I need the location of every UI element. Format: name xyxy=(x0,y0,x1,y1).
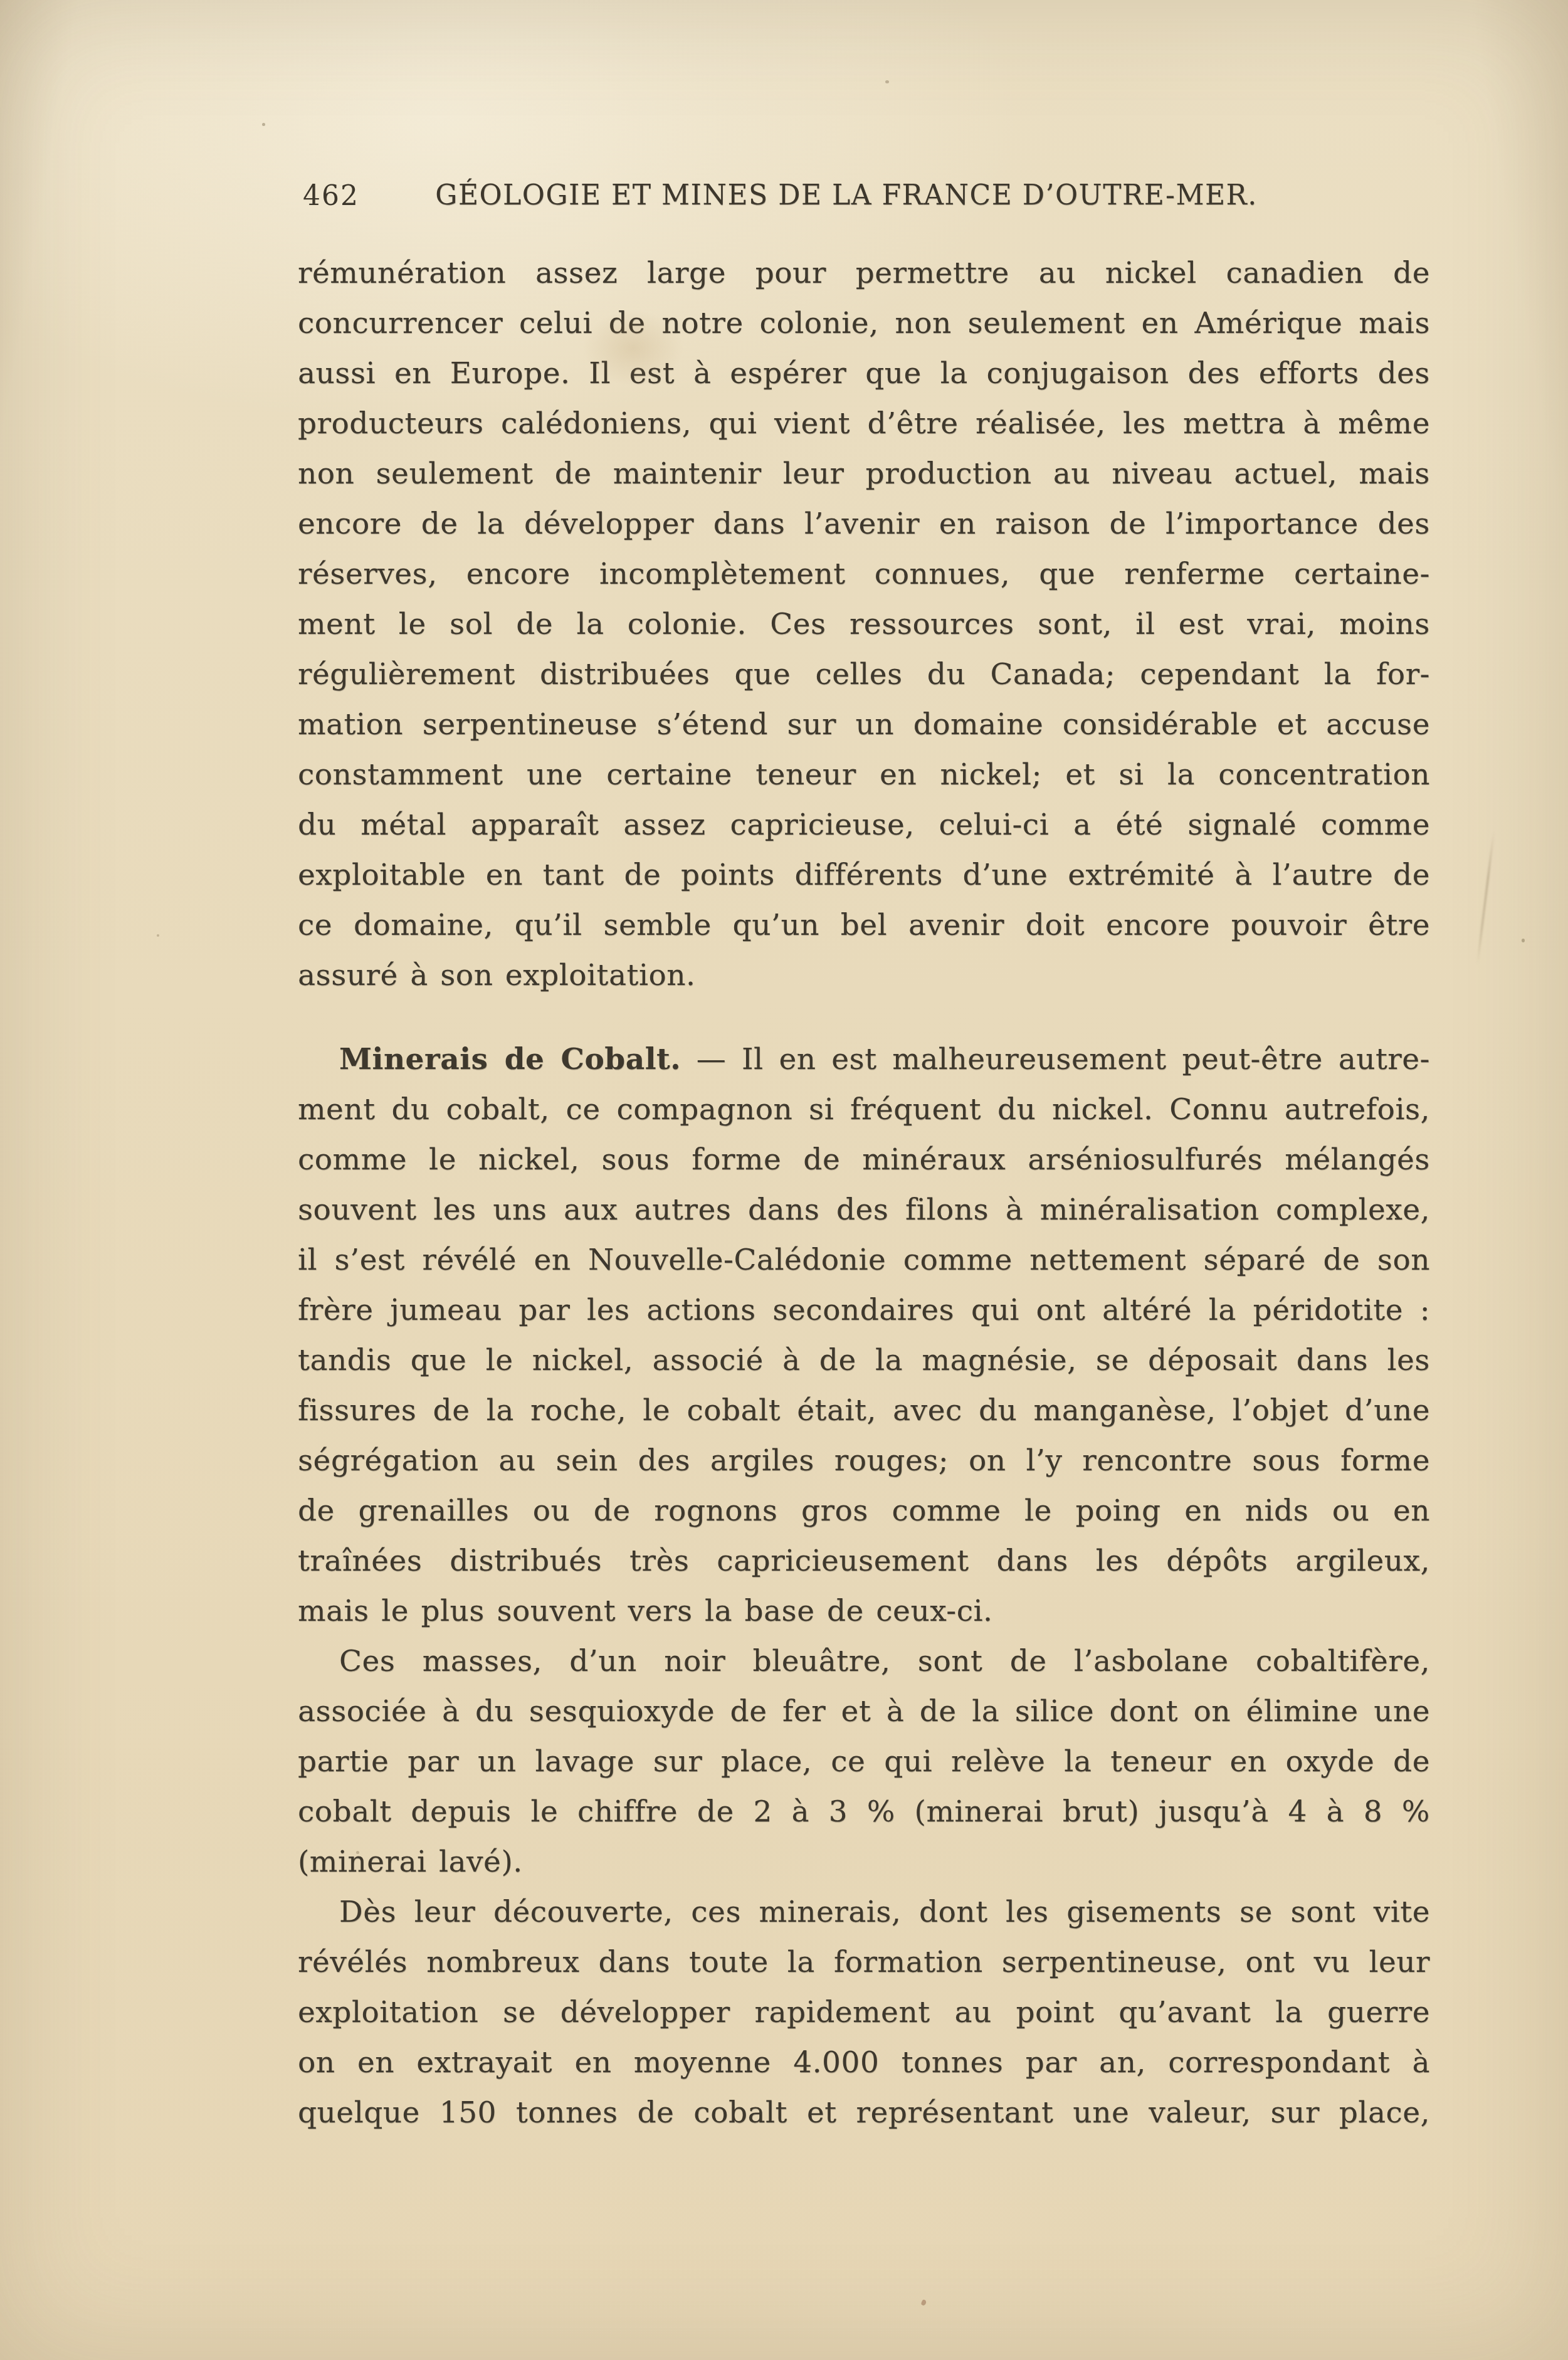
text-segment: révélés nombreux dans toute la formation… xyxy=(298,1945,1430,1979)
text-segment: — Il en est malheureusement peut-être au… xyxy=(681,1042,1430,1077)
text-segment: comme le nickel, sous forme de minéraux … xyxy=(298,1142,1430,1177)
section-lead-bold: Minerais de Cobalt. xyxy=(339,1042,681,1077)
paper-crease xyxy=(1476,831,1495,966)
text-segment: ségrégation au sein des argiles rouges; … xyxy=(298,1443,1430,1478)
text-segment: non seulement de maintenir leur producti… xyxy=(298,456,1430,491)
text-line: associée à du sesquioxyde de fer et à de… xyxy=(298,1687,1430,1737)
text-segment: Ces masses, d’un noir bleuâtre, sont de … xyxy=(339,1644,1430,1678)
text-line: non seulement de maintenir leur producti… xyxy=(298,449,1430,499)
text-line: cobalt depuis le chiffre de 2 à 3 % (min… xyxy=(298,1787,1430,1837)
text-line: tandis que le nickel, associé à de la ma… xyxy=(298,1335,1430,1386)
text-line: aussi en Europe. Il est à espérer que la… xyxy=(298,349,1430,399)
text-line: mais le plus souvent vers la base de ceu… xyxy=(298,1586,1430,1636)
text-segment: régulièrement distribuées que celles du … xyxy=(298,657,1430,692)
text-line: ségrégation au sein des argiles rouges; … xyxy=(298,1436,1430,1486)
text-segment: ment du cobalt, ce compagnon si fréquent… xyxy=(298,1092,1430,1127)
text-line: rémunération assez large pour permettre … xyxy=(298,248,1430,298)
text-segment: du métal apparaît assez capricieuse, cel… xyxy=(298,808,1430,842)
scanned-page: 462 GÉOLOGIE ET MINES DE LA FRANCE D’OUT… xyxy=(0,0,1568,2360)
text-segment: Dès leur découverte, ces minerais, dont … xyxy=(339,1895,1430,1929)
text-line: souvent les uns aux autres dans des filo… xyxy=(298,1185,1430,1235)
text-line: partie par un lavage sur place, ce qui r… xyxy=(298,1737,1430,1787)
text-line: frère jumeau par les actions secondaires… xyxy=(298,1285,1430,1335)
text-segment: aussi en Europe. Il est à espérer que la… xyxy=(298,356,1430,391)
text-segment: réserves, encore incomplètement connues,… xyxy=(298,557,1430,591)
text-segment: exploitation se développer rapidement au… xyxy=(298,1995,1430,2030)
text-line: Dès leur découverte, ces minerais, dont … xyxy=(298,1887,1430,1937)
text-segment: exploitable en tant de points différents… xyxy=(298,858,1430,892)
text-line: du métal apparaît assez capricieuse, cel… xyxy=(298,800,1430,850)
text-line: assuré à son exploitation. xyxy=(298,951,1430,1001)
text-line: ment du cobalt, ce compagnon si fréquent… xyxy=(298,1085,1430,1135)
text-segment: producteurs calédoniens, qui vient d’êtr… xyxy=(298,406,1430,441)
text-line: ment le sol de la colonie. Ces ressource… xyxy=(298,599,1430,650)
text-line: mation serpentineuse s’étend sur un doma… xyxy=(298,700,1430,750)
text-line: ce domaine, qu’il semble qu’un bel aveni… xyxy=(298,900,1430,951)
text-line: (minerai lavé). xyxy=(298,1837,1430,1887)
text-segment: associée à du sesquioxyde de fer et à de… xyxy=(298,1694,1430,1729)
text-line: quelque 150 tonnes de cobalt et représen… xyxy=(298,2088,1430,2138)
paper-speck xyxy=(262,123,265,126)
text-line: concurrencer celui de notre colonie, non… xyxy=(298,298,1430,349)
text-line: il s’est révélé en Nouvelle-Calédonie co… xyxy=(298,1235,1430,1285)
text-line: constamment une certaine teneur en nicke… xyxy=(298,750,1430,800)
text-segment: frère jumeau par les actions secondaires… xyxy=(298,1293,1430,1327)
text-line: on en extrayait en moyenne 4.000 tonnes … xyxy=(298,2038,1430,2088)
text-segment: encore de la développer dans l’avenir en… xyxy=(298,507,1430,541)
text-segment: ce domaine, qu’il semble qu’un bel aveni… xyxy=(298,908,1430,942)
running-title: GÉOLOGIE ET MINES DE LA FRANCE D’OUTRE-M… xyxy=(280,179,1413,211)
text-line: réserves, encore incomplètement connues,… xyxy=(298,549,1430,599)
paper-speck xyxy=(920,2299,927,2306)
text-line: régulièrement distribuées que celles du … xyxy=(298,650,1430,700)
text-segment: mais le plus souvent vers la base de ceu… xyxy=(298,1594,993,1628)
page-header: 462 GÉOLOGIE ET MINES DE LA FRANCE D’OUT… xyxy=(298,179,1430,213)
text-line: encore de la développer dans l’avenir en… xyxy=(298,499,1430,549)
text-line: exploitable en tant de points différents… xyxy=(298,850,1430,900)
text-line: de grenailles ou de rognons gros comme l… xyxy=(298,1486,1430,1536)
text-segment: souvent les uns aux autres dans des filo… xyxy=(298,1193,1430,1227)
text-segment: on en extrayait en moyenne 4.000 tonnes … xyxy=(298,2045,1430,2080)
text-line: révélés nombreux dans toute la formation… xyxy=(298,1937,1430,1988)
text-line: comme le nickel, sous forme de minéraux … xyxy=(298,1135,1430,1185)
text-segment: assuré à son exploitation. xyxy=(298,958,695,993)
text-segment: traînées distribués très capricieusement… xyxy=(298,1544,1430,1578)
text-block: rémunération assez large pour permettre … xyxy=(298,248,1430,2138)
text-line: Minerais de Cobalt. — Il en est malheure… xyxy=(298,1035,1430,1085)
text-segment: ment le sol de la colonie. Ces ressource… xyxy=(298,607,1430,641)
text-segment: concurrencer celui de notre colonie, non… xyxy=(298,306,1430,340)
text-segment: (minerai lavé). xyxy=(298,1845,523,1879)
text-line: fissures de la roche, le cobalt était, a… xyxy=(298,1386,1430,1436)
text-segment: il s’est révélé en Nouvelle-Calédonie co… xyxy=(298,1243,1430,1277)
text-segment: mation serpentineuse s’étend sur un doma… xyxy=(298,707,1430,742)
paper-speck xyxy=(1522,939,1525,942)
text-segment: quelque 150 tonnes de cobalt et représen… xyxy=(298,2095,1430,2130)
text-line: producteurs calédoniens, qui vient d’êtr… xyxy=(298,399,1430,449)
text-segment: rémunération assez large pour permettre … xyxy=(298,256,1430,290)
text-segment: partie par un lavage sur place, ce qui r… xyxy=(298,1744,1430,1779)
paper-speck xyxy=(157,934,159,937)
text-segment: cobalt depuis le chiffre de 2 à 3 % (min… xyxy=(298,1794,1430,1829)
text-line: traînées distribués très capricieusement… xyxy=(298,1536,1430,1586)
paper-speck xyxy=(885,80,889,83)
text-line: Ces masses, d’un noir bleuâtre, sont de … xyxy=(298,1636,1430,1687)
text-segment: tandis que le nickel, associé à de la ma… xyxy=(298,1343,1430,1378)
text-segment: de grenailles ou de rognons gros comme l… xyxy=(298,1493,1430,1528)
text-line: exploitation se développer rapidement au… xyxy=(298,1988,1430,2038)
text-segment: fissures de la roche, le cobalt était, a… xyxy=(298,1393,1430,1428)
text-segment: constamment une certaine teneur en nicke… xyxy=(298,757,1430,792)
